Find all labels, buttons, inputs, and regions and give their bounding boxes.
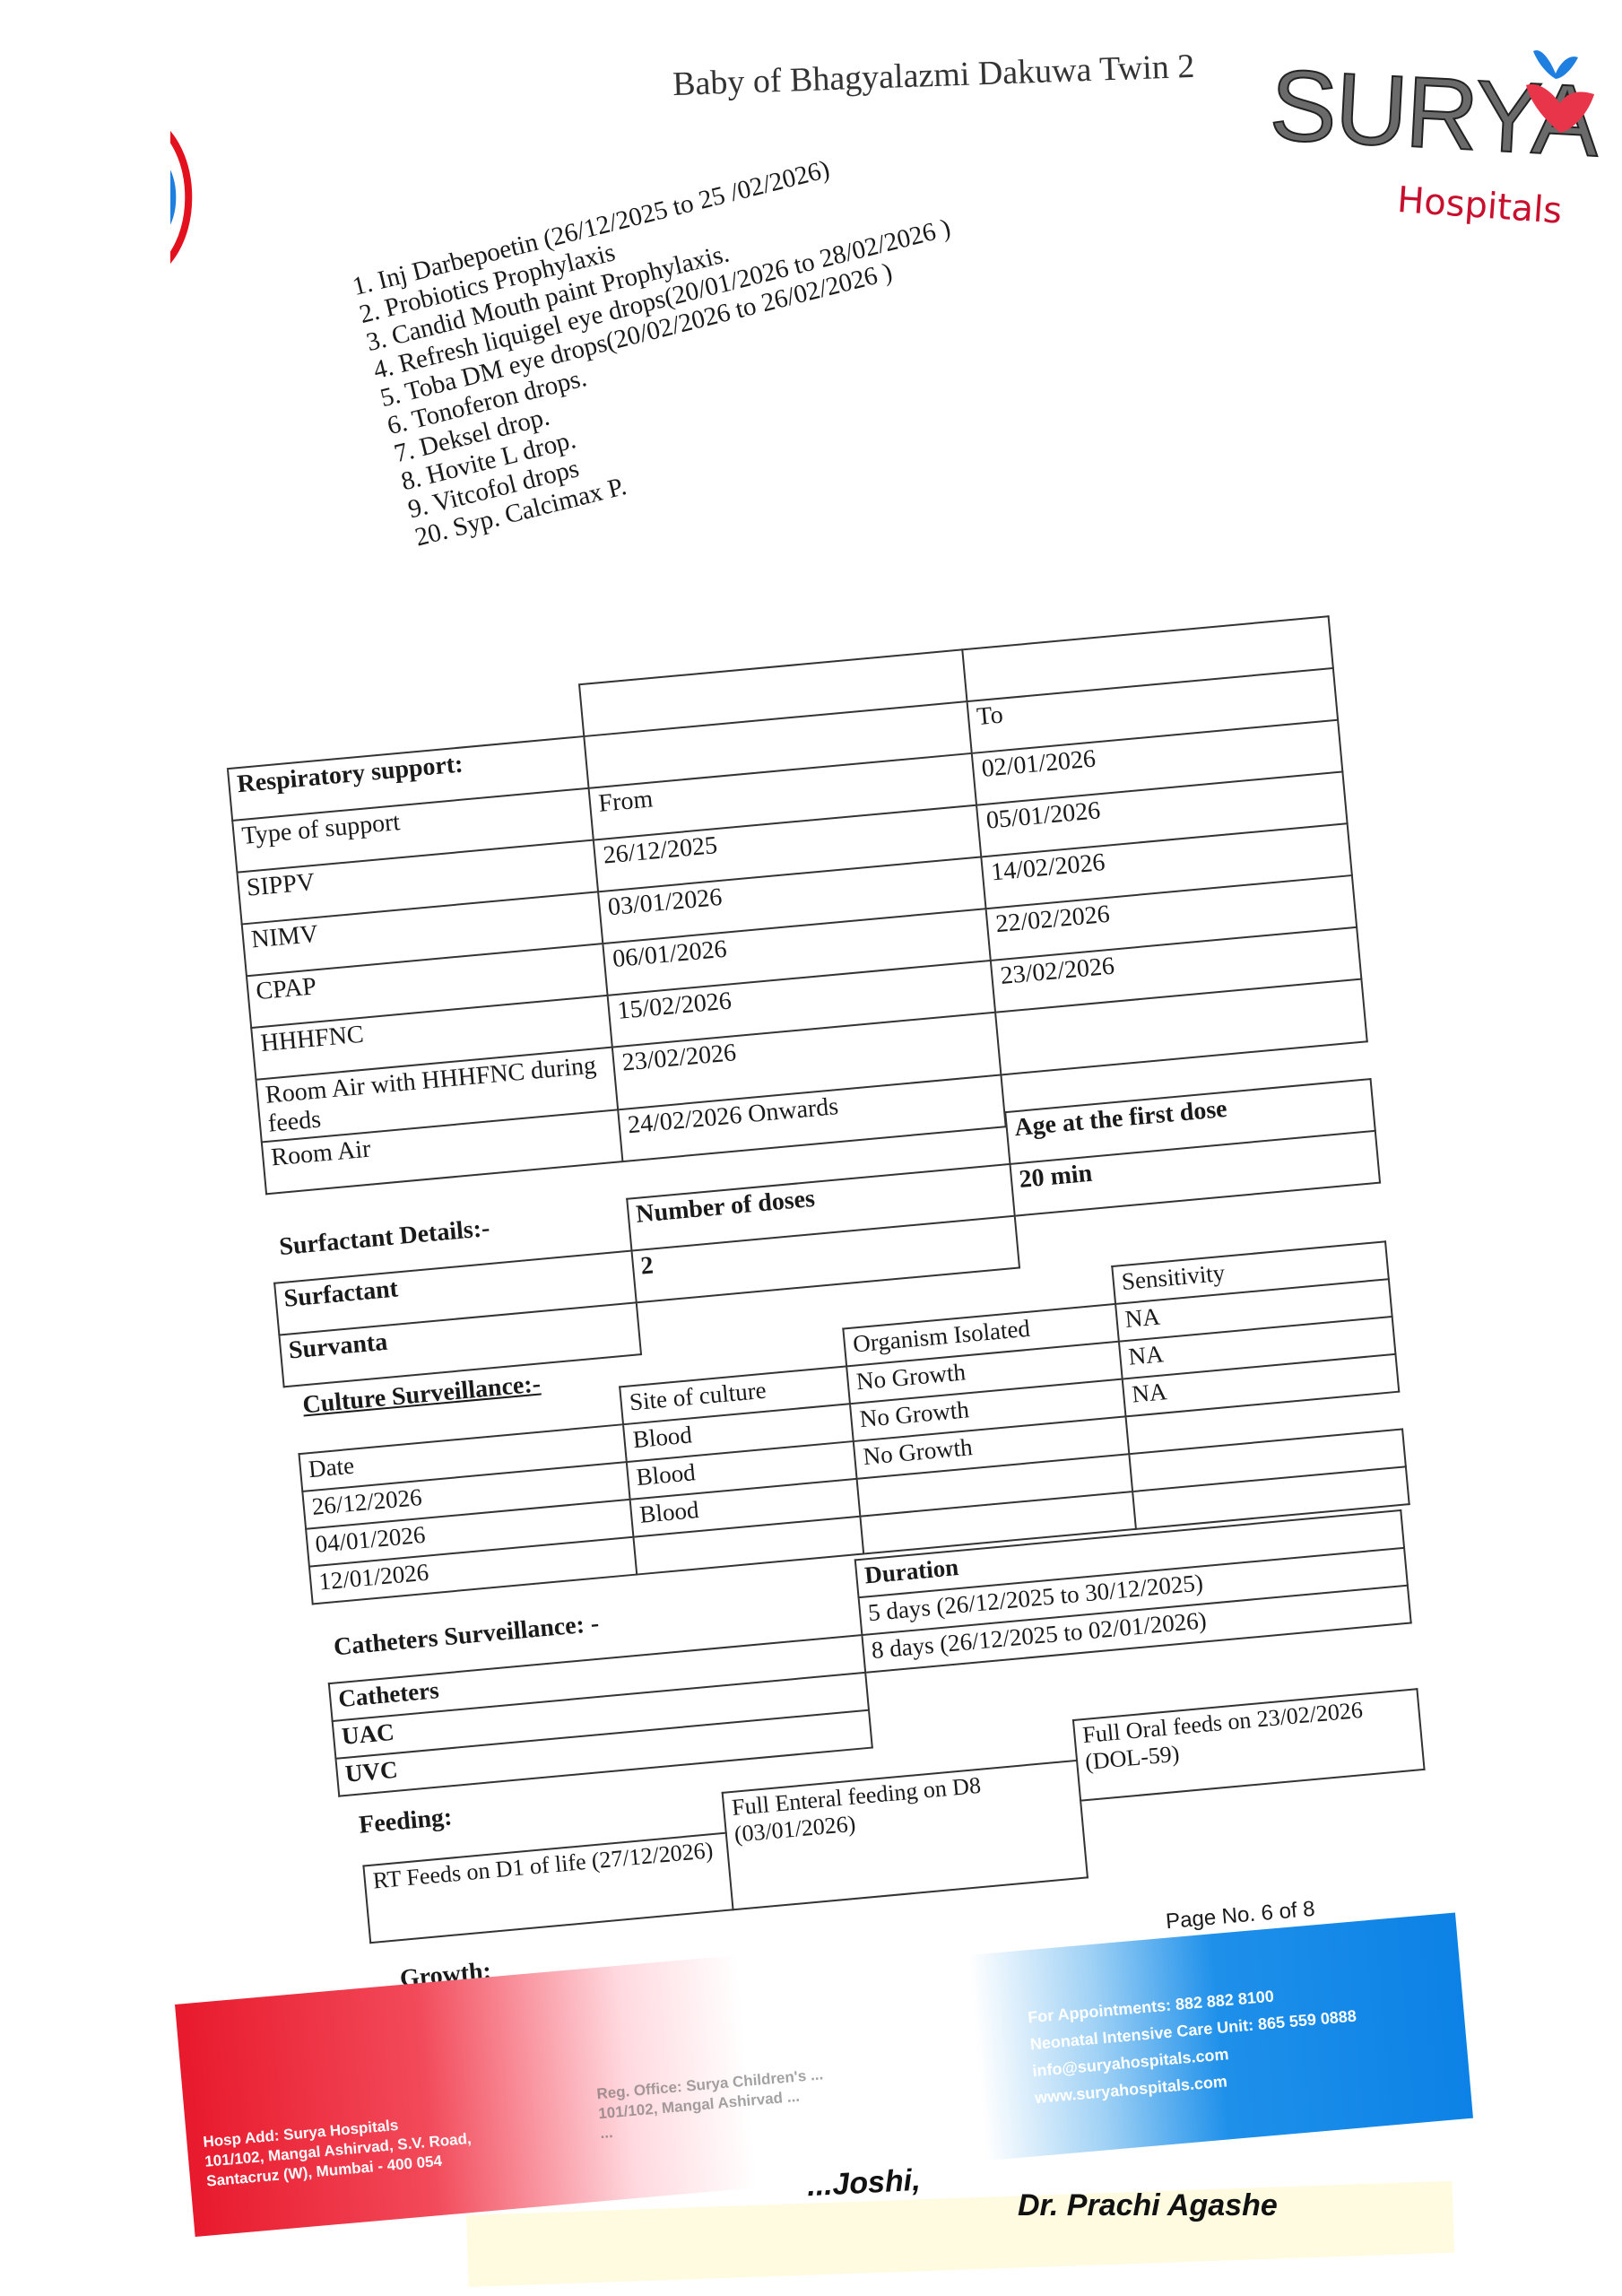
heart-blue-icon	[1529, 47, 1583, 83]
logo-sub: Hospitals	[1396, 179, 1564, 232]
patient-title: Baby of Bhagyalazmi Dakuwa Twin 2	[672, 47, 1195, 104]
signature-doctor: Dr. Prachi Agashe	[1018, 2188, 1278, 2223]
partial-logo-icon	[170, 112, 206, 283]
footer-contact-band: For Appointments: 882 882 8100 Neonatal …	[968, 1913, 1473, 2161]
surya-hospitals-logo: SURYA Hospitals	[1273, 47, 1622, 235]
signature-partial: ...Joshi,	[806, 2163, 921, 2205]
medication-list: 1. Inj Darbepoetin (26/12/2025 to 25 /02…	[350, 130, 995, 552]
heart-red-icon	[1524, 81, 1596, 135]
